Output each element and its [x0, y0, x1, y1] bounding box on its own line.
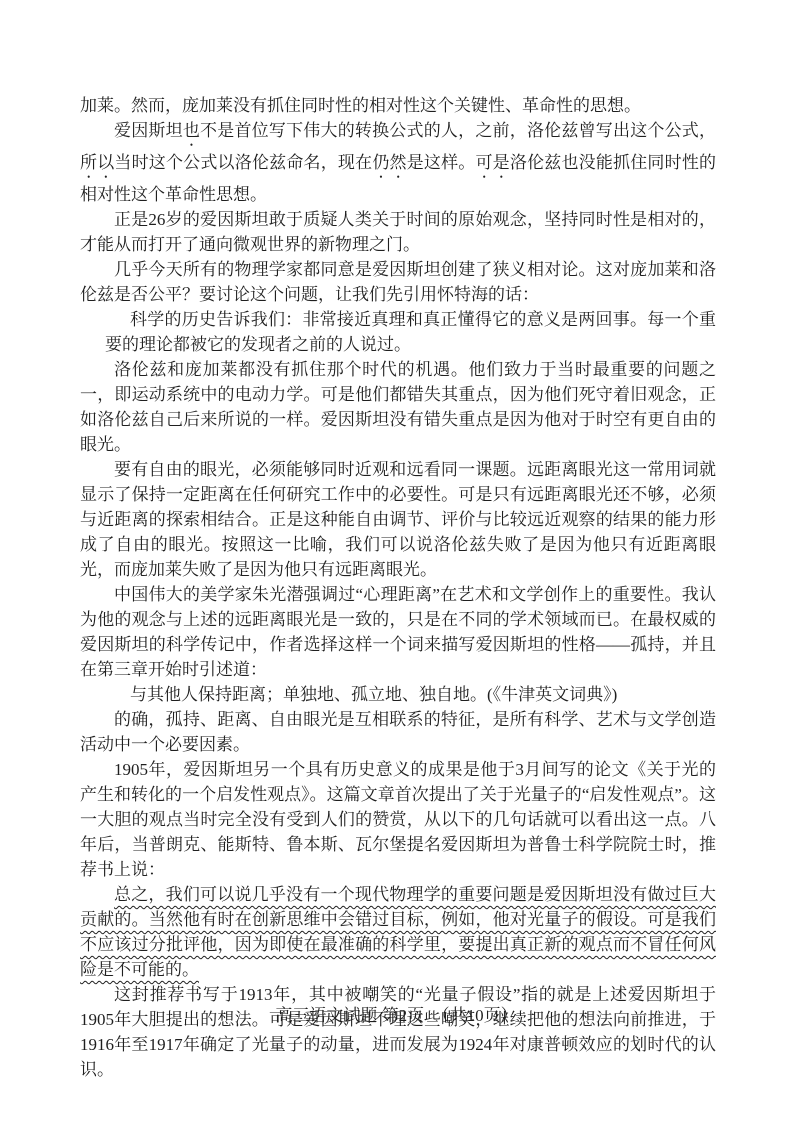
paragraph: 1905年，爱因斯坦另一个具有历史意义的成果是他于3月间写的论文《关于光的产生和…	[80, 757, 716, 882]
block-quote: 与其他人保持距离；单独地、孤立地、独自地。(《牛津英文词典》)	[105, 682, 716, 707]
paragraph: 的确，孤持、距离、自由眼光是互相联系的特征，是所有科学、艺术与文学创造活动中一个…	[80, 707, 716, 757]
paragraph: 几乎今天所有的物理学家都同意是爱因斯坦创建了狭义相对论。这对庞加莱和洛伦兹是否公…	[80, 257, 716, 307]
text-run: 爱因斯坦	[114, 121, 183, 140]
text-run: 当时这个公式以洛伦兹命名，现在	[114, 153, 372, 172]
wavy-underlined-text: 总之，我们可以说几乎没有一个现代物理学的重要问题是爱因斯坦没有做过巨大贡献的。当…	[80, 885, 716, 979]
text-run: 不是首位写下伟大的转换公式的人，之前，洛伦兹曾写出这个公式，	[200, 121, 716, 140]
paragraph-with-emphasis-dots: 爱因斯坦也不是首位写下伟大的转换公式的人，之前，洛伦兹曾写出这个公式，所以当时这…	[80, 118, 716, 207]
reading-passage: 加莱。然而，庞加莱没有抓住同时性的相对性这个关键性、革命性的思想。 爱因斯坦也不…	[80, 93, 716, 1082]
page-footer: 高三语文试题 第2页 （共10页）	[0, 1001, 793, 1026]
exam-page: 加莱。然而，庞加莱没有抓住同时性的相对性这个关键性、革命性的思想。 爱因斯坦也不…	[0, 0, 793, 1121]
block-quote: 科学的历史告诉我们：非常接近真理和真正懂得它的意义是两回事。每一个重要的理论都被…	[105, 307, 716, 357]
paragraph: 正是26岁的爱因斯坦敢于质疑人类关于时间的原始观念，坚持同时性是相对的，才能从而…	[80, 207, 716, 257]
dot-emphasized-word: 可是	[475, 153, 509, 172]
paragraph: 要有自由的眼光，必须能够同时近观和远看同一课题。远距离眼光这一常用词就显示了保持…	[80, 457, 716, 582]
paragraph: 这封推荐书写于1913年，其中被嘲笑的“光量子假设”指的就是上述爱因斯坦于190…	[80, 982, 716, 1082]
text-run: 是这样。	[407, 153, 476, 172]
paragraph: 洛伦兹和庞加莱都没有抓住那个时代的机遇。他们致力于当时最重要的问题之一，即运动系…	[80, 357, 716, 457]
dot-emphasized-word: 也	[183, 121, 200, 140]
dot-emphasized-word: 仍然	[372, 153, 406, 172]
wavy-underlined-paragraph: 总之，我们可以说几乎没有一个现代物理学的重要问题是爱因斯坦没有做过巨大贡献的。当…	[80, 882, 716, 982]
paragraph-continuation: 加莱。然而，庞加莱没有抓住同时性的相对性这个关键性、革命性的思想。	[80, 93, 716, 118]
dot-emphasized-word: 所以	[80, 153, 114, 172]
paragraph: 中国伟大的美学家朱光潜强调过“心理距离”在艺术和文学创作上的重要性。我认为他的观…	[80, 582, 716, 682]
